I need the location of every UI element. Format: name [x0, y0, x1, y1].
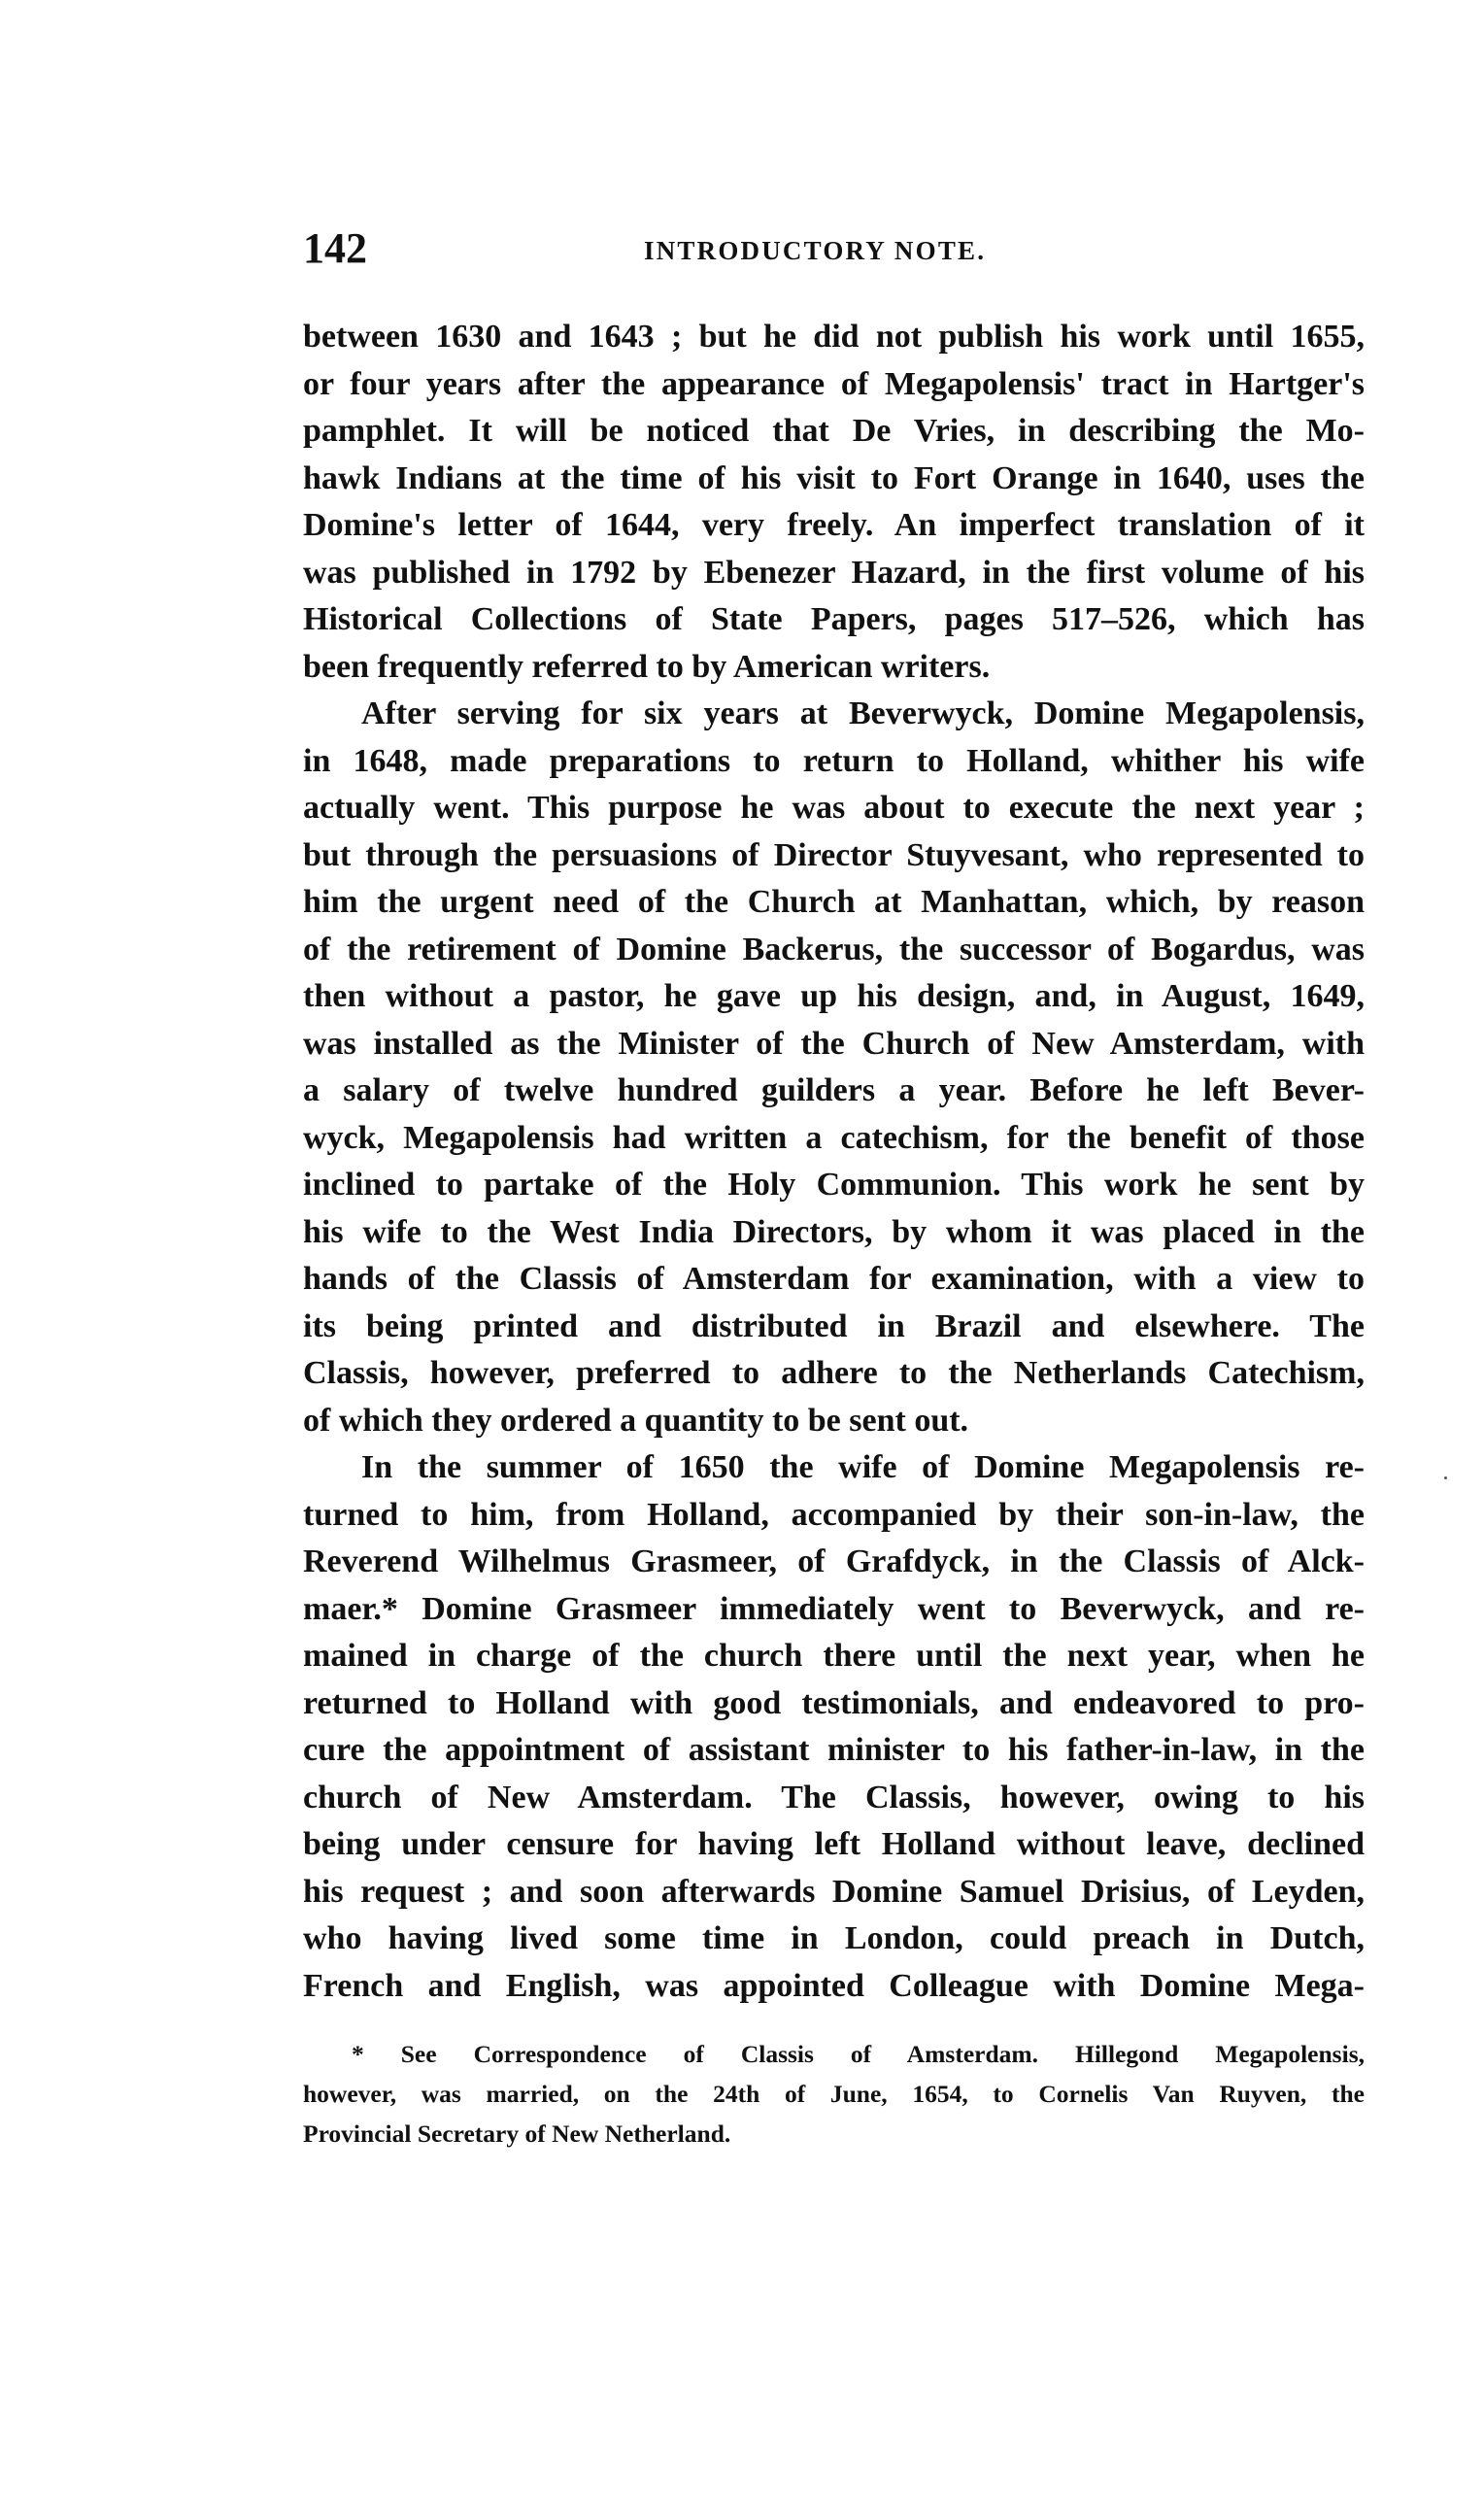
text-line: its being printed and distributed in Bra… — [303, 1304, 1365, 1351]
paragraph: In the summer of 1650 the wife of Domine… — [303, 1444, 1365, 2010]
text-line: maer.* Domine Grasmeer immediately went … — [303, 1586, 1365, 1634]
text-line: church of New Amsterdam. The Classis, ho… — [303, 1775, 1365, 1822]
paragraph: After serving for six years at Beverwyck… — [303, 691, 1365, 1444]
text-line: In the summer of 1650 the wife of Domine… — [303, 1444, 1365, 1492]
text-line: hawk Indians at the time of his visit to… — [303, 456, 1365, 503]
text-line: but through the persuasions of Director … — [303, 832, 1365, 880]
text-line: was published in 1792 by Ebenezer Hazard… — [303, 550, 1365, 597]
text-line: was installed as the Minister of the Chu… — [303, 1021, 1365, 1068]
text-line: French and English, was appointed Collea… — [303, 1963, 1365, 2011]
book-page: 142 INTRODUCTORY NOTE. between 1630 and … — [0, 0, 1484, 2510]
footnote-line: * See Correspondence of Classis of Amste… — [303, 2034, 1365, 2074]
text-line: cure the appointment of assistant minist… — [303, 1727, 1365, 1775]
text-line: Reverend Wilhelmus Grasmeer, of Grafdyck… — [303, 1539, 1365, 1586]
text-line: of the retirement of Domine Backerus, th… — [303, 927, 1365, 974]
text-line: turned to him, from Holland, accompanied… — [303, 1492, 1365, 1540]
text-line: Domine's letter of 1644, very freely. An… — [303, 502, 1365, 550]
text-line: him the urgent need of the Church at Man… — [303, 879, 1365, 927]
body-text: between 1630 and 1643 ; but he did not p… — [303, 314, 1365, 2010]
footnote-line: Provincial Secretary of New Netherland. — [303, 2114, 1365, 2154]
text-line: who having lived some time in London, co… — [303, 1916, 1365, 1963]
paragraph: between 1630 and 1643 ; but he did not p… — [303, 314, 1365, 691]
running-title: INTRODUCTORY NOTE. — [644, 233, 986, 268]
footnote: * See Correspondence of Classis of Amste… — [303, 2034, 1365, 2154]
text-line: pamphlet. It will be noticed that De Vri… — [303, 408, 1365, 456]
footnote-line: however, was married, on the 24th of Jun… — [303, 2074, 1365, 2114]
running-head: 142 INTRODUCTORY NOTE. — [303, 225, 1365, 272]
text-line: Classis, however, preferred to adhere to… — [303, 1350, 1365, 1398]
text-line: or four years after the appearance of Me… — [303, 361, 1365, 409]
text-line: mained in charge of the church there unt… — [303, 1633, 1365, 1680]
text-line: his wife to the West India Directors, by… — [303, 1209, 1365, 1257]
text-line: been frequently referred to by American … — [303, 644, 1365, 692]
scan-speck — [1444, 1476, 1447, 1479]
text-line: between 1630 and 1643 ; but he did not p… — [303, 314, 1365, 361]
text-line: a salary of twelve hundred guilders a ye… — [303, 1068, 1365, 1115]
text-line: inclined to partake of the Holy Communio… — [303, 1162, 1365, 1209]
text-line: actually went. This purpose he was about… — [303, 785, 1365, 832]
text-line: then without a pastor, he gave up his de… — [303, 973, 1365, 1021]
text-line: Historical Collections of State Papers, … — [303, 596, 1365, 644]
text-line: hands of the Classis of Amsterdam for ex… — [303, 1256, 1365, 1304]
text-line: being under censure for having left Holl… — [303, 1821, 1365, 1869]
text-line: in 1648, made preparations to return to … — [303, 738, 1365, 786]
text-line: of which they ordered a quantity to be s… — [303, 1398, 1365, 1445]
text-line: After serving for six years at Beverwyck… — [303, 691, 1365, 738]
text-line: returned to Holland with good testimonia… — [303, 1680, 1365, 1728]
text-line: his request ; and soon afterwards Domine… — [303, 1869, 1365, 1916]
page-number: 142 — [303, 225, 367, 272]
text-line: wyck, Megapolensis had written a catechi… — [303, 1115, 1365, 1163]
